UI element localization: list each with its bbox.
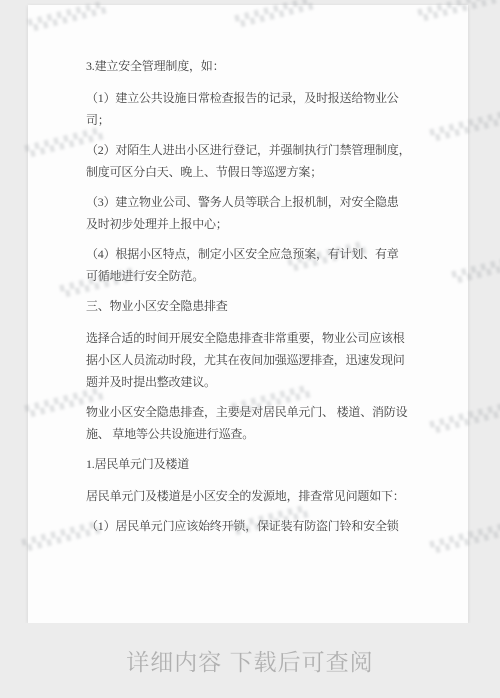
text-line: 居民单元门及楼道是小区安全的发源地，排查常见问题如下：	[86, 485, 438, 507]
text-line: 可循地进行安全防范。	[86, 265, 438, 287]
text-line: 1.居民单元门及楼道	[86, 453, 438, 475]
paragraph: （1）建立公共设施日常检查报告的记录，及时报送给物业公司；	[86, 87, 438, 131]
text-line: 司；	[86, 109, 438, 131]
text-line: 施、 草地等公共设施进行巡查。	[86, 423, 438, 445]
text-line: 3.建立安全管理制度，如：	[86, 55, 438, 77]
footer-notice-bar: 详细内容 下载后可查阅	[0, 623, 500, 698]
section-heading: 1.居民单元门及楼道	[86, 453, 438, 475]
section-heading: 三、物业小区安全隐患排查	[86, 295, 438, 317]
text-line: 物业小区安全隐患排查，主要是对居民单元门、 楼道、消防设	[86, 401, 438, 423]
text-line: 三、物业小区安全隐患排查	[86, 295, 438, 317]
document-content: 3.建立安全管理制度，如：（1）建立公共设施日常检查报告的记录，及时报送给物业公…	[28, 5, 468, 537]
paragraph: 物业小区安全隐患排查，主要是对居民单元门、 楼道、消防设施、 草地等公共设施进行…	[86, 401, 438, 445]
paragraph: 选择合适的时间开展安全隐患排查非常重要，物业公司应该根据小区人员流动时段，尤其在…	[86, 327, 438, 393]
text-line: 制度可区分白天、晚上、节假日等巡逻方案；	[86, 161, 438, 183]
text-line: （3）建立物业公司、警务人员等联合上报机制，对安全隐患	[86, 191, 438, 213]
text-line: 及时初步处理并上报中心；	[86, 213, 438, 235]
text-line: （1）建立公共设施日常检查报告的记录，及时报送给物业公	[86, 87, 438, 109]
text-line: （4）根据小区特点，制定小区安全应急预案，有计划、有章	[86, 243, 438, 265]
text-line: 选择合适的时间开展安全隐患排查非常重要，物业公司应该根	[86, 327, 438, 349]
document-page: 3.建立安全管理制度，如：（1）建立公共设施日常检查报告的记录，及时报送给物业公…	[28, 5, 468, 623]
text-line: （2）对陌生人进出小区进行登记，并强制执行门禁管理制度，	[86, 139, 438, 161]
text-line: 据小区人员流动时段，尤其在夜间加强巡逻排查，迅速发现问	[86, 349, 438, 371]
paragraph: （1）居民单元门应该始终开锁，保证装有防盗门铃和安全锁	[86, 515, 438, 537]
text-line: 题并及时提出整改建议。	[86, 371, 438, 393]
paragraph: （2）对陌生人进出小区进行登记，并强制执行门禁管理制度，制度可区分白天、晚上、节…	[86, 139, 438, 183]
footer-notice: 详细内容 下载后可查阅	[126, 644, 373, 677]
text-line: （1）居民单元门应该始终开锁，保证装有防盗门铃和安全锁	[86, 515, 438, 537]
paragraph: 居民单元门及楼道是小区安全的发源地，排查常见问题如下：	[86, 485, 438, 507]
section-heading: 3.建立安全管理制度，如：	[86, 55, 438, 77]
document-preview: 3.建立安全管理制度，如：（1）建立公共设施日常检查报告的记录，及时报送给物业公…	[0, 0, 500, 698]
paragraph: （4）根据小区特点，制定小区安全应急预案，有计划、有章可循地进行安全防范。	[86, 243, 438, 287]
paragraph: （3）建立物业公司、警务人员等联合上报机制，对安全隐患及时初步处理并上报中心；	[86, 191, 438, 235]
